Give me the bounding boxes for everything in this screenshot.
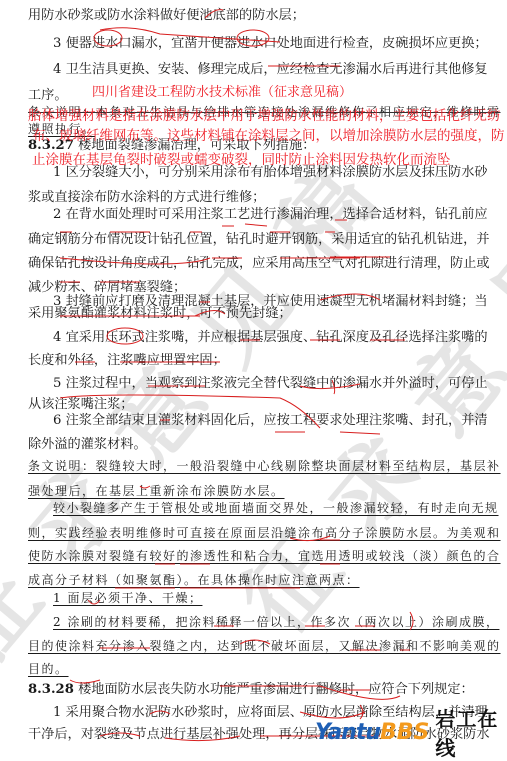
overlay-title: 四川省建设工程防水技术标准（征求意见稿） bbox=[92, 85, 352, 101]
clause-note: 成高分子材料（如聚氨酯）。在具体操作时应注意两点： bbox=[28, 572, 360, 588]
clause-note: 强处理后，在基层上重新涂布涂膜防水层。 bbox=[28, 483, 285, 499]
overlay-comment-line: 胎体增强材料是指在涂膜防水层中用于增强防水性能的材料，主要包括化纤无纺 bbox=[28, 108, 501, 124]
clause-note: 较小裂缝多产生于管根处或地面墙面交界处，一般渗漏较轻，有时走向无规 bbox=[53, 500, 499, 516]
section-number: 8.3.28 bbox=[28, 682, 74, 697]
logo-cn: 岩工在线 bbox=[435, 703, 507, 761]
text-line: 2 在背水面处理时可采用注浆工艺进行渗漏治理，选择合适材料，钻孔前应 bbox=[53, 207, 488, 223]
text-line: 4 卫生洁具更换、安装、修理完成后，应经检查无渗漏水后再进行其他修复 bbox=[53, 62, 488, 78]
text-line-content: 3 便器进水口漏水，宜凿开便器进水口处地面进行检查，皮碗损坏应更换； bbox=[53, 36, 488, 51]
text-line: 6 注浆全部结束且灌浆材料固化后，应按工程要求处理注浆嘴、封孔，并清 bbox=[53, 413, 488, 429]
section-title: 楼地面防水层丧失防水功能严重渗漏进行翻修时，应符合下列规定： bbox=[74, 682, 474, 697]
site-logo: Yantu BBS 岩工在线 bbox=[315, 719, 507, 745]
text-line: 用防水砂浆或防水涂料做好便池底部的防水层； bbox=[28, 8, 305, 24]
logo-bbs: BBS bbox=[380, 720, 429, 745]
clause-note: 使防水涂膜对裂缝有较好的渗透性和粘合力，宜选用透明或较浅（淡）颜色的合 bbox=[28, 548, 501, 564]
overlay-comment-line: 布、玻璃纤维网布等。这些材料铺在涂料层之间，以增加涂膜防水层的强度，防 bbox=[32, 128, 505, 144]
clause-note: 则，实践经验表明维修时可直接在原面层沿缝涂布高分子涂膜防水层。为美观和 bbox=[28, 525, 501, 541]
text-line: 工序。 bbox=[28, 88, 68, 104]
text-line: 5 注浆过程中，当观察到注浆液完全替代裂缝中的渗漏水并外溢时，可停止 bbox=[53, 376, 488, 392]
clause-note: 2 涂刷的材料要稀，把涂料稀释一倍以上，作多次（两次以上）涂刷成膜， bbox=[53, 614, 499, 630]
text-line: 从该注浆嘴注浆； bbox=[28, 397, 134, 413]
overlay-comment-line: 止涂膜在基层龟裂时破裂或蠕变破裂，同时防止涂料因发热软化而流坠 bbox=[32, 152, 451, 168]
text-line: 确保钻孔按设计角度成孔，钻孔完成，应采用高压空气对孔隙进行清理，防止或 bbox=[28, 256, 490, 272]
text-line: 3 便器进水口漏水，宜凿开便器进水口处地面进行检查，皮碗损坏应更换； bbox=[53, 36, 488, 52]
text-line: 确定钢筋分布情况设计钻孔位置，钻孔时避开钢筋，采用适宜的钻孔机钻进，并 bbox=[28, 232, 490, 248]
text-line: 采用聚氨酯灌浆材料注浆时，可不预先封缝； bbox=[28, 306, 292, 322]
text-line: 除外溢的灌浆材料。 bbox=[28, 437, 147, 453]
section-heading-8-3-28: 8.3.28 楼地面防水层丧失防水功能严重渗漏进行翻修时，应符合下列规定： bbox=[28, 682, 474, 698]
clause-note: 条文说明：裂缝较大时，一般沿裂缝中心线剔除整块面层材料至结构层，基层补 bbox=[28, 458, 501, 474]
text-line: 浆或直接涂布防水涂料的方式进行维修； bbox=[28, 190, 265, 206]
document-page: 征求意见稿 征求意见稿 用防水砂浆或防水涂料做好便池底部的防水层； 3 便器进水… bbox=[0, 0, 507, 761]
text-line: 长度和外径，注浆嘴应埋置牢固； bbox=[28, 353, 226, 369]
logo-yantu: Yantu bbox=[315, 720, 380, 745]
clause-note: 1 面层必须干净、干燥； bbox=[53, 590, 202, 606]
clause-note: 目的。 bbox=[28, 661, 69, 677]
clause-note: 目的使涂料充分渗入裂缝之内，达到既不破坏面层，又解决渗漏和不影响美观的 bbox=[28, 638, 501, 654]
text-line: 4 宜采用压环式注浆嘴，并应根据基层强度、钻孔深度及孔径选择注浆嘴的 bbox=[53, 330, 488, 346]
